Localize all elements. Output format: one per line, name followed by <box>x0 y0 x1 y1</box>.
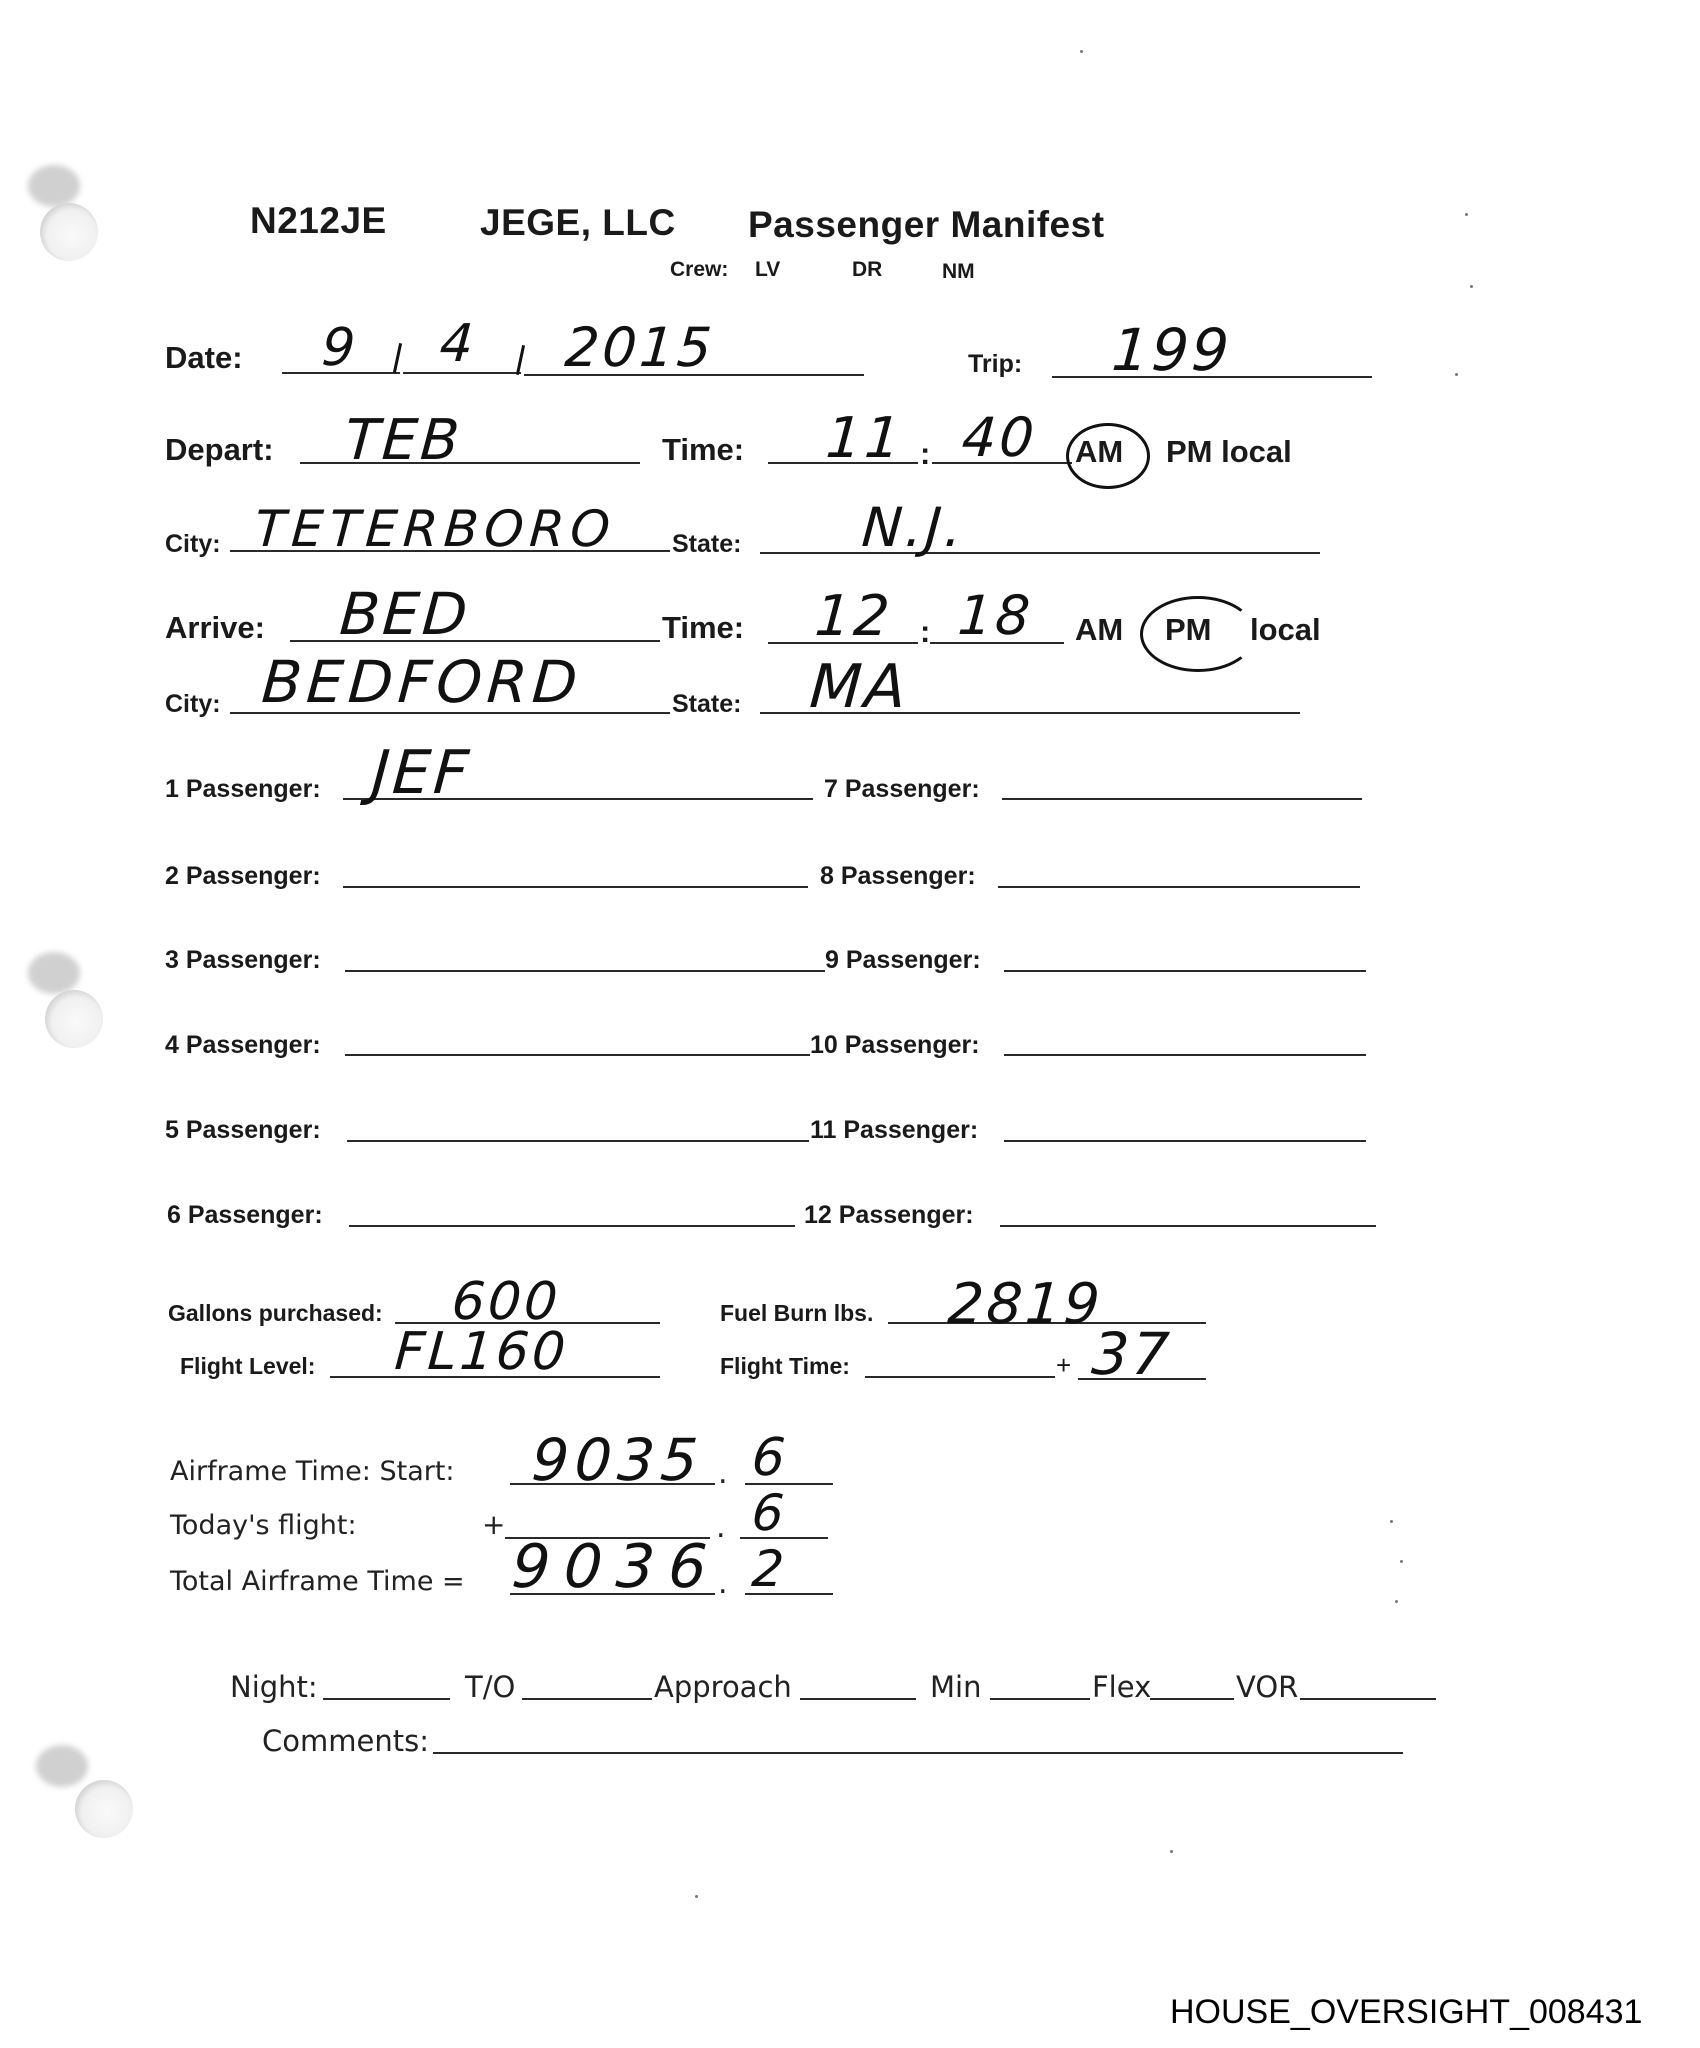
passenger-7-label: 7 Passenger: <box>824 775 980 804</box>
night-label: Night: <box>230 1670 318 1704</box>
passenger-10-field[interactable] <box>1004 1054 1366 1056</box>
flex-label: Flex <box>1092 1670 1151 1704</box>
flight-time-plus: + <box>1056 1350 1071 1381</box>
scan-speck <box>1170 1850 1173 1853</box>
trip-label: Trip: <box>968 350 1022 379</box>
passenger-11-field[interactable] <box>1004 1140 1366 1142</box>
date-separator-2 <box>516 345 525 375</box>
total-airframe-whole-value: 9036 <box>510 1532 724 1602</box>
passenger-5-field[interactable] <box>347 1140 809 1142</box>
to-label: T/O <box>465 1670 515 1704</box>
passenger-9-field[interactable] <box>1004 970 1366 972</box>
comments-label: Comments: <box>262 1724 429 1758</box>
depart-am-selected-circle <box>1066 423 1150 489</box>
passenger-9-label: 9 Passenger: <box>825 946 981 975</box>
total-airframe-label: Total Airframe Time = <box>170 1566 465 1597</box>
vor-label: VOR <box>1236 1670 1298 1704</box>
date-month-value: 9 <box>320 318 360 378</box>
passenger-8-field[interactable] <box>998 886 1360 888</box>
passenger-5-label: 5 Passenger: <box>165 1116 321 1145</box>
trip-value: 199 <box>1110 316 1234 384</box>
depart-city-label: City: <box>165 530 221 559</box>
arrive-am-option[interactable]: AM <box>1075 612 1123 648</box>
arrive-city-value: BEDFORD <box>260 648 585 716</box>
company-name: JEGE, LLC <box>480 202 676 244</box>
tail-number: N212JE <box>250 200 387 242</box>
punch-hole-shadow-middle <box>28 952 80 994</box>
passenger-6-label: 6 Passenger: <box>167 1201 323 1230</box>
depart-hour-value: 11 <box>824 406 906 471</box>
approach-label: Approach <box>654 1670 792 1704</box>
todays-flight-tenth-value: 6 <box>750 1484 789 1542</box>
depart-city-value: TETERBORO <box>253 500 618 558</box>
airframe-start-label: Airframe Time: Start: <box>170 1456 455 1487</box>
depart-time-colon: : <box>920 436 930 472</box>
passenger-2-field[interactable] <box>343 886 808 888</box>
airframe-start-tenth-value: 6 <box>750 1428 790 1488</box>
scan-speck <box>1465 213 1468 216</box>
flight-level-value: FL160 <box>393 1322 570 1382</box>
approach-field[interactable] <box>800 1698 916 1700</box>
arrive-pm-selected-circle <box>1140 596 1256 672</box>
depart-time-label: Time: <box>662 432 744 468</box>
date-year-value: 2015 <box>563 316 717 379</box>
vor-field[interactable] <box>1300 1698 1436 1700</box>
passenger-3-field[interactable] <box>345 970 825 972</box>
passenger-11-label: 11 Passenger: <box>810 1116 978 1145</box>
scan-speck <box>1390 1520 1393 1523</box>
passenger-4-label: 4 Passenger: <box>165 1031 321 1060</box>
punch-hole-shadow-top <box>28 165 80 207</box>
flex-field[interactable] <box>1150 1698 1234 1700</box>
fuel-burn-value: 2819 <box>946 1272 1105 1337</box>
passenger-8-label: 8 Passenger: <box>820 862 976 891</box>
scan-speck <box>1470 285 1473 288</box>
depart-minute-value: 40 <box>960 406 1039 469</box>
arrive-label: Arrive: <box>165 610 265 646</box>
scan-speck <box>1395 1600 1398 1603</box>
passenger-6-field[interactable] <box>349 1225 795 1227</box>
punch-hole-bottom <box>75 1780 133 1838</box>
passenger-2-label: 2 Passenger: <box>165 862 321 891</box>
date-separator-1 <box>393 343 402 373</box>
depart-state-value: N.J. <box>860 496 967 559</box>
arrive-time-colon: : <box>920 614 930 650</box>
depart-pm-local-option[interactable]: PM local <box>1166 434 1292 470</box>
arrive-local-label: local <box>1250 612 1321 648</box>
passenger-1-value: JEF <box>370 738 474 808</box>
date-label: Date: <box>165 340 243 376</box>
depart-value: TEB <box>343 408 465 473</box>
min-field[interactable] <box>990 1698 1090 1700</box>
scan-speck <box>1455 373 1458 376</box>
airframe-start-dot: . <box>718 1456 728 1491</box>
arrive-minute-value: 18 <box>956 584 1035 647</box>
airframe-start-whole-value: 9035 <box>530 1426 706 1494</box>
arrive-hour-value: 12 <box>813 584 895 649</box>
todays-flight-label: Today's flight: <box>170 1510 357 1541</box>
gallons-label: Gallons purchased: <box>168 1300 383 1327</box>
passenger-12-field[interactable] <box>1000 1225 1376 1227</box>
passenger-4-field[interactable] <box>345 1054 810 1056</box>
scan-speck <box>1080 50 1083 53</box>
passenger-10-label: 10 Passenger: <box>810 1031 980 1060</box>
fuel-burn-label: Fuel Burn lbs. <box>720 1300 873 1327</box>
flight-time-label: Flight Time: <box>720 1353 850 1380</box>
min-label: Min <box>930 1670 981 1704</box>
depart-label: Depart: <box>165 432 274 468</box>
night-field[interactable] <box>323 1698 450 1700</box>
punch-hole-shadow-bottom <box>36 1745 88 1787</box>
arrive-city-label: City: <box>165 690 221 719</box>
date-day-value: 4 <box>438 314 478 374</box>
form-title: Passenger Manifest <box>748 204 1105 246</box>
crew-member-1: LV <box>755 258 780 282</box>
depart-state-field[interactable] <box>760 552 1320 554</box>
arrive-value: BED <box>338 580 473 648</box>
depart-state-label: State: <box>672 530 741 559</box>
arrive-state-label: State: <box>672 690 741 719</box>
total-airframe-tenth-value: 2 <box>750 1540 789 1598</box>
crew-label: Crew: <box>670 258 728 282</box>
punch-hole-middle <box>45 990 103 1048</box>
crew-member-3: NM <box>942 260 975 284</box>
passenger-3-label: 3 Passenger: <box>165 946 321 975</box>
arrive-state-value: MA <box>808 652 912 722</box>
arrive-time-label: Time: <box>662 610 744 646</box>
to-field[interactable] <box>522 1698 652 1700</box>
bates-number: HOUSE_OVERSIGHT_008431 <box>1170 1993 1642 2032</box>
punch-hole-top <box>40 203 98 261</box>
crew-member-2: DR <box>852 258 882 282</box>
passenger-1-label: 1 Passenger: <box>165 775 321 804</box>
flight-level-label: Flight Level: <box>180 1353 315 1380</box>
comments-field[interactable] <box>433 1752 1403 1754</box>
flight-time-minutes-value: 37 <box>1090 1320 1175 1388</box>
todays-flight-plus: + <box>482 1508 505 1541</box>
passenger-7-field[interactable] <box>1002 798 1362 800</box>
scan-speck <box>1400 1560 1403 1563</box>
scan-speck <box>695 1895 698 1898</box>
flight-time-hours-field[interactable] <box>865 1376 1055 1378</box>
passenger-12-label: 12 Passenger: <box>804 1201 974 1230</box>
